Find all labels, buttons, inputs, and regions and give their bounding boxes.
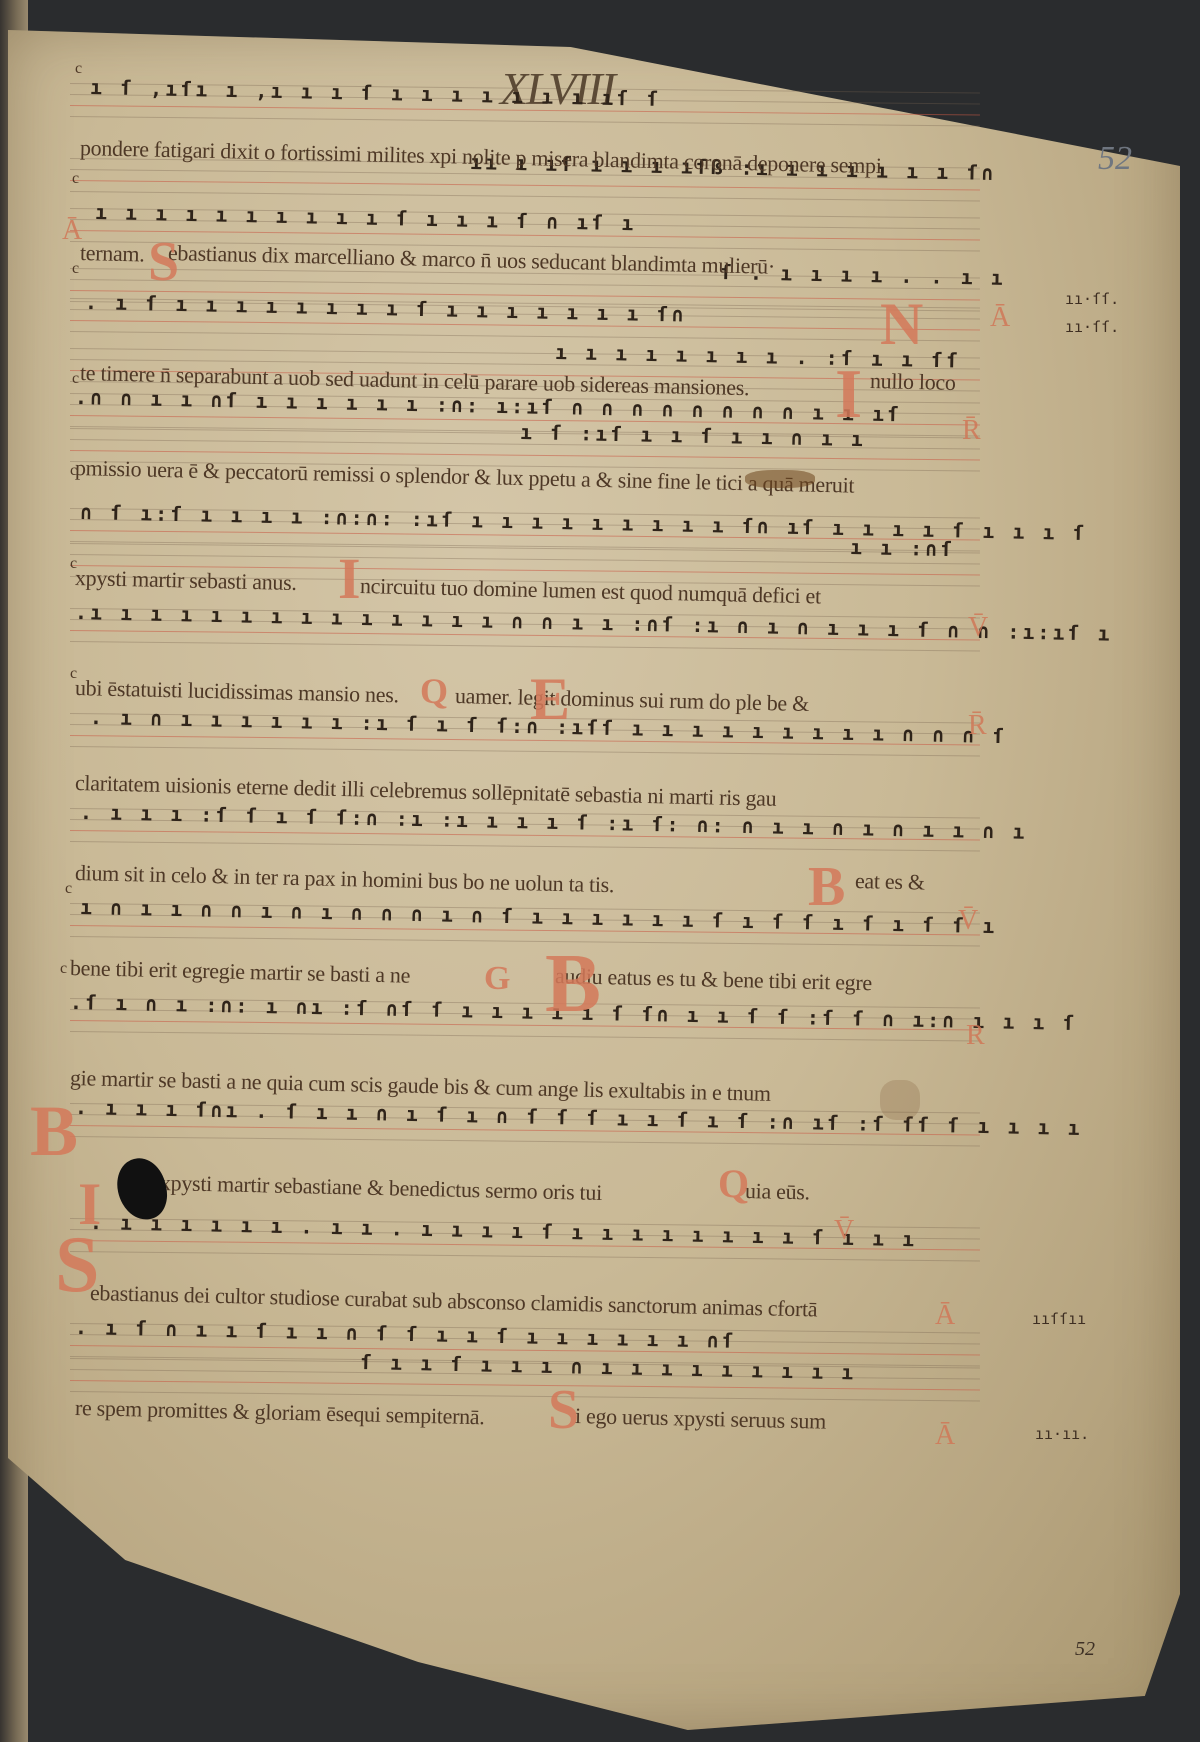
red-initial: E (530, 665, 570, 734)
margin-note: ıı·ſſ. (1065, 318, 1119, 336)
rubric-mark: Ā (62, 215, 82, 247)
rubric-mark: Ā (935, 1300, 955, 1332)
red-initial: Q (718, 1160, 749, 1207)
red-initial: I (338, 545, 361, 612)
clef-letter: c (70, 665, 77, 683)
red-initial: N (880, 290, 923, 359)
rubric-mark: R (966, 1020, 985, 1052)
rubric-mark: V̄ (834, 1215, 854, 1247)
text-line: eat es & (855, 868, 925, 896)
red-initial: B (545, 935, 601, 1032)
text-line: xpysti martir sebasti anus. (75, 565, 297, 596)
text-line: uia eūs. (745, 1178, 810, 1205)
red-initial: S (548, 1378, 579, 1442)
red-initial: B (808, 855, 845, 919)
red-initial: B (30, 1090, 78, 1173)
rubric-mark: R̄ (968, 710, 987, 742)
margin-note: ııſſıı (1032, 1310, 1086, 1328)
clef-letter: c (70, 462, 77, 480)
folio-number: 52 (1098, 140, 1132, 178)
clef-letter: c (75, 60, 82, 78)
clef-letter: c (72, 170, 79, 188)
clef-letter: c (72, 260, 79, 278)
red-initial: G (484, 960, 510, 998)
text-line: ternam. (80, 240, 145, 267)
margin-note: ıı·ıı. (1035, 1425, 1089, 1443)
clef-letter: c (65, 880, 72, 898)
rubric-mark: Ā (990, 302, 1010, 334)
rubric-mark: Ā (935, 1420, 955, 1452)
red-initial: I (835, 355, 862, 435)
ink-stain (745, 470, 815, 488)
red-initial: S (55, 1220, 100, 1311)
rubric-mark: V̄ (968, 612, 988, 644)
margin-note: ıı·ſſ. (1065, 290, 1119, 308)
water-stain (880, 1080, 920, 1120)
rubric-mark: R̄ (962, 415, 981, 447)
red-initial: Q (420, 670, 448, 712)
text-line: nullo loco (870, 368, 956, 396)
clef-letter: c (60, 960, 67, 978)
rubric-mark: V̄ (958, 905, 978, 937)
clef-letter: c (72, 370, 79, 388)
folio-number-bottom: 52 (1075, 1638, 1095, 1661)
red-initial: S (148, 230, 179, 294)
neume-row: ı ı :∩ſ (850, 535, 956, 561)
clef-letter: c (70, 555, 77, 573)
